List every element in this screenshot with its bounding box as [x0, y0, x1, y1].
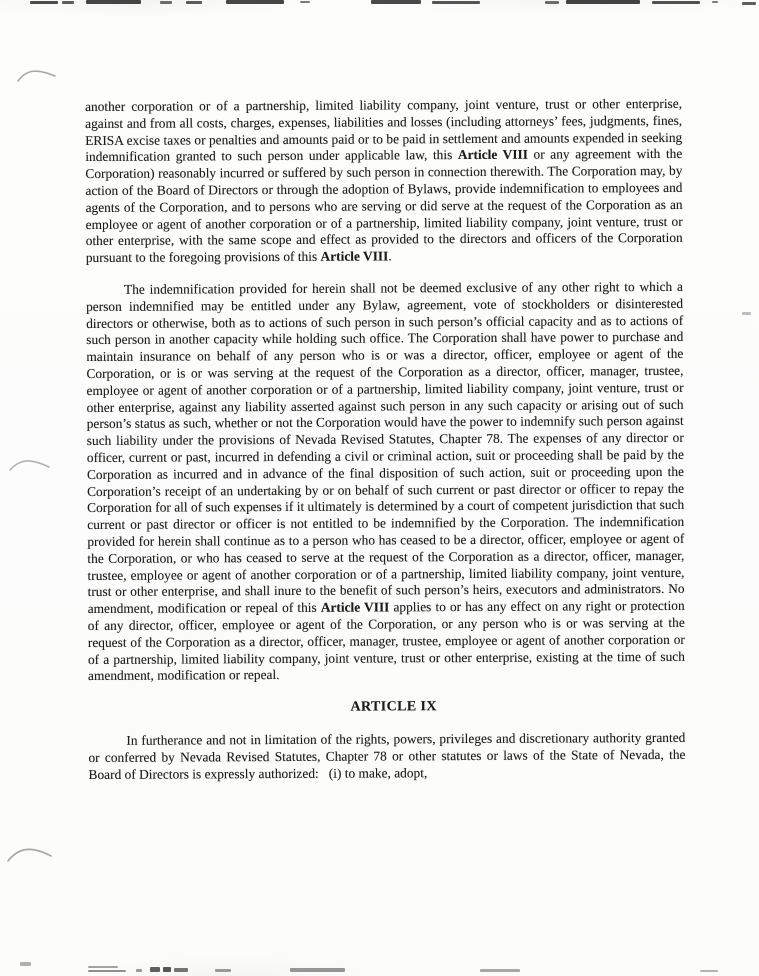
scan-mark [742, 312, 751, 315]
text-segment: . [388, 249, 391, 264]
arc-mark-icon [6, 842, 54, 866]
scan-mark [88, 970, 126, 972]
scan-mark [160, 1, 172, 4]
scan-mark [186, 1, 202, 4]
scan-mark [163, 967, 171, 972]
scan-mark [480, 969, 520, 972]
paragraph-indemnification: The indemnification provided for herein … [86, 279, 685, 685]
scan-mark [300, 1, 310, 3]
scan-mark [742, 2, 756, 5]
scan-mark [150, 967, 160, 972]
arc-mark-icon [16, 64, 58, 86]
scan-mark [566, 0, 640, 4]
bold-text-segment: Article VIII [320, 249, 388, 264]
scan-mark [62, 1, 74, 4]
scan-mark [545, 1, 559, 4]
scan-mark [652, 1, 700, 4]
bold-text-segment: Article VIII [321, 600, 390, 615]
text-segment: In furtherance and not in limitation of … [88, 730, 685, 782]
arc-mark-icon [8, 454, 52, 476]
article-ix-heading: ARTICLE IX [88, 697, 685, 717]
scan-mark [20, 962, 31, 966]
scan-mark [86, 0, 141, 4]
scan-mark [174, 968, 188, 972]
scan-mark [290, 968, 345, 972]
scan-mark [371, 0, 421, 4]
paragraph-article-ix-body: In furtherance and not in limitation of … [88, 730, 685, 784]
paragraph-continuation: another corporation or of a partnership,… [85, 96, 683, 267]
scanned-document-page: another corporation or of a partnership,… [0, 0, 759, 976]
scan-mark [700, 970, 718, 972]
scan-mark [136, 969, 142, 972]
scan-mark [88, 966, 118, 968]
scan-mark [712, 1, 718, 3]
scan-mark [215, 969, 231, 972]
text-segment: or any agreement with the Corporation) r… [85, 146, 682, 265]
text-segment: The indemnification provided for herein … [86, 279, 685, 616]
bold-text-segment: Article VIII [458, 147, 528, 162]
scan-mark [226, 0, 284, 4]
scan-mark [432, 1, 480, 4]
scan-mark [30, 1, 58, 4]
document-text-block: another corporation or of a partnership,… [85, 96, 686, 799]
